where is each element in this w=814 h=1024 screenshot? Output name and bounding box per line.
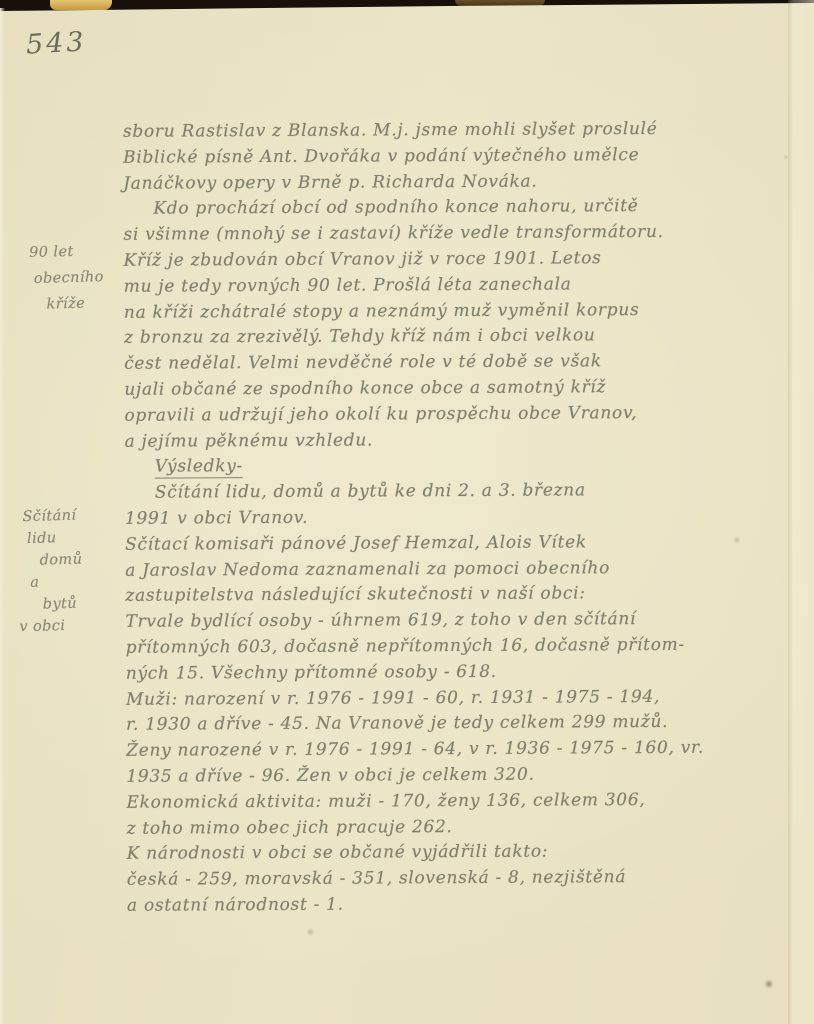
margin-note-text: 90 let — [29, 244, 74, 261]
handwritten-line-text: Biblické písně Ant. Dvořáka v podání výt… — [123, 145, 639, 168]
handwritten-line: 1935 a dříve - 96. Žen v obci je celkem … — [126, 763, 794, 792]
margin-note-census: Sčítání lidu domů a bytů v obci — [16, 507, 111, 641]
handwritten-line: Sčítání lidu, domů a bytů ke dni 2. a 3.… — [125, 479, 793, 508]
handwritten-line-text: Ekonomická aktivita: muži - 170, ženy 13… — [126, 790, 645, 813]
handwritten-line-text: Kdo prochází obcí od spodního konce naho… — [153, 196, 638, 219]
handwritten-line-text: na kříži zchátralé stopy a neznámý muž v… — [124, 300, 640, 323]
handwritten-line-text: zastupitelstva následující skutečnosti v… — [125, 584, 585, 606]
handwritten-line: 1991 v obci Vranov. — [125, 505, 793, 534]
handwritten-line-text: 1991 v obci Vranov. — [125, 508, 308, 529]
handwritten-line: čest nedělal. Velmi nevděčné role v té d… — [124, 350, 792, 379]
handwritten-line: Janáčkovy opery v Brně p. Richarda Novák… — [123, 170, 791, 199]
margin-note-text: domů — [39, 552, 82, 569]
handwritten-line-text: sboru Rastislav z Blanska. M.j. jsme moh… — [123, 119, 658, 142]
handwritten-line-text: z bronzu za zrezivělý. Tehdy kříž nám i … — [124, 326, 596, 348]
handwritten-line: na kříži zchátralé stopy a neznámý muž v… — [124, 299, 792, 328]
margin-note-text: obecního — [34, 269, 104, 287]
paper-speck — [783, 154, 789, 160]
handwritten-line: a ostatní národnost - 1. — [127, 892, 795, 921]
handwritten-line-text: a ostatní národnost - 1. — [127, 895, 344, 916]
margin-note-line: kříže — [24, 295, 117, 323]
handwritten-line-text: česká - 259, moravská - 351, slovenská -… — [127, 867, 626, 890]
handwritten-line-text: 1935 a dříve - 96. Žen v obci je celkem … — [126, 765, 534, 787]
handwritten-line-text: r. 1930 a dříve - 45. Na Vranově je tedy… — [126, 712, 668, 735]
handwritten-line-text: Janáčkovy opery v Brně p. Richarda Novák… — [123, 171, 537, 193]
handwritten-line: česká - 259, moravská - 351, slovenská -… — [127, 866, 795, 895]
margin-note-line: 90 let — [23, 243, 116, 271]
handwritten-line-text: mu je tedy rovných 90 let. Prošlá léta z… — [124, 274, 572, 296]
handwritten-line-text: ných 15. Všechny přítomné osoby - 618. — [126, 662, 497, 684]
handwritten-line: a Jaroslav Nedoma zaznamenali za pomoci … — [125, 557, 793, 586]
margin-note-line: Sčítání — [16, 507, 109, 531]
margin-note-line: lidu — [17, 529, 110, 553]
handwritten-line-text: Ženy narozené v r. 1976 - 1991 - 64, v r… — [126, 738, 704, 761]
page-content: 543 90 let obecního kříže Sčítání lidu d… — [0, 0, 814, 1024]
handwritten-line-text: K národnosti v obci se občané vyjádřili … — [127, 842, 549, 864]
handwritten-line: ných 15. Všechny přítomné osoby - 618. — [126, 660, 794, 689]
margin-note-text: bytů — [43, 596, 78, 613]
chronicle-page-scan: 543 90 let obecního kříže Sčítání lidu d… — [0, 0, 814, 1024]
handwritten-line-text: ujali občané ze spodního konce obce a sa… — [124, 377, 606, 400]
margin-note-line: obecního — [24, 269, 117, 297]
handwritten-line-text: opravili a udržují jeho okolí ku prospěc… — [124, 403, 637, 426]
body-text: sboru Rastislav z Blanska. M.j. jsme moh… — [123, 118, 795, 921]
paper-speck — [764, 979, 774, 989]
handwritten-line: Ženy narozené v r. 1976 - 1991 - 64, v r… — [126, 737, 794, 766]
margin-note-text: kříže — [46, 296, 85, 313]
paper-speck — [733, 536, 741, 544]
handwritten-line-text: Trvale bydlící osoby - úhrnem 619, z toh… — [125, 609, 636, 632]
handwritten-line: Sčítací komisaři pánové Josef Hemzal, Al… — [125, 531, 793, 560]
handwritten-line-text: Sčítací komisaři pánové Josef Hemzal, Al… — [125, 532, 587, 554]
handwritten-line: sboru Rastislav z Blanska. M.j. jsme moh… — [123, 118, 791, 147]
handwritten-line-text: a jejímu pěknému vzhledu. — [125, 430, 374, 451]
handwritten-line: zastupitelstva následující skutečnosti v… — [125, 583, 793, 612]
margin-note-line: bytů — [19, 595, 112, 619]
margin-note-line: a — [18, 573, 111, 597]
handwritten-line: Kříž je zbudován obcí Vranov již v roce … — [124, 247, 792, 276]
margin-note-cross: 90 let obecního kříže — [23, 243, 117, 323]
handwritten-line-text: Muži: narození v r. 1976 - 1991 - 60, r.… — [126, 686, 660, 709]
handwritten-line: z toho mimo obec jich pracuje 262. — [127, 815, 795, 844]
margin-note-text: v obci — [19, 618, 65, 635]
handwritten-line: Biblické písně Ant. Dvořáka v podání výt… — [123, 144, 791, 173]
handwritten-line-text: si všimne (mnohý se i zastaví) kříže ved… — [123, 222, 663, 245]
handwritten-line-text: Kříž je zbudován obcí Vranov již v roce … — [124, 248, 602, 271]
page-number: 543 — [25, 26, 87, 60]
handwritten-line: Trvale bydlící osoby - úhrnem 619, z toh… — [125, 608, 793, 637]
handwritten-line: Kdo prochází obcí od spodního konce naho… — [123, 196, 791, 225]
handwritten-line: opravili a udržují jeho okolí ku prospěc… — [124, 402, 792, 431]
paper-speck — [306, 928, 315, 936]
handwritten-line: mu je tedy rovných 90 let. Prošlá léta z… — [124, 273, 792, 302]
handwritten-line: ujali občané ze spodního konce obce a sa… — [124, 376, 792, 405]
margin-note-text: Sčítání — [22, 508, 76, 525]
handwritten-line: K národnosti v obci se občané vyjádřili … — [127, 841, 795, 870]
handwritten-line: přítomných 603, dočasně nepřítomných 16,… — [126, 634, 794, 663]
handwritten-line-text: přítomných 603, dočasně nepřítomných 16,… — [126, 635, 685, 658]
margin-note-line: v obci — [19, 617, 112, 641]
handwritten-line: z bronzu za zrezivělý. Tehdy kříž nám i … — [124, 325, 792, 354]
handwritten-line-text: Výsledky- — [155, 456, 243, 478]
handwritten-line: a jejímu pěknému vzhledu. — [125, 428, 793, 457]
margin-note-line: domů — [17, 551, 110, 575]
handwritten-line: Výsledky- — [125, 454, 793, 483]
margin-note-text: a — [30, 575, 39, 591]
handwritten-line-text: z toho mimo obec jich pracuje 262. — [127, 817, 453, 839]
handwritten-line-text: čest nedělal. Velmi nevděčné role v té d… — [124, 351, 602, 374]
handwritten-line-text: Sčítání lidu, domů a bytů ke dni 2. a 3.… — [155, 480, 586, 502]
handwritten-line: si všimne (mnohý se i zastaví) kříže ved… — [123, 221, 791, 250]
margin-note-text: lidu — [27, 530, 57, 547]
handwritten-line: Muži: narození v r. 1976 - 1991 - 60, r.… — [126, 686, 794, 715]
handwritten-line: Ekonomická aktivita: muži - 170, ženy 13… — [126, 789, 794, 818]
handwritten-line-text: a Jaroslav Nedoma zaznamenali za pomoci … — [125, 558, 610, 581]
handwritten-line: r. 1930 a dříve - 45. Na Vranově je tedy… — [126, 712, 794, 741]
